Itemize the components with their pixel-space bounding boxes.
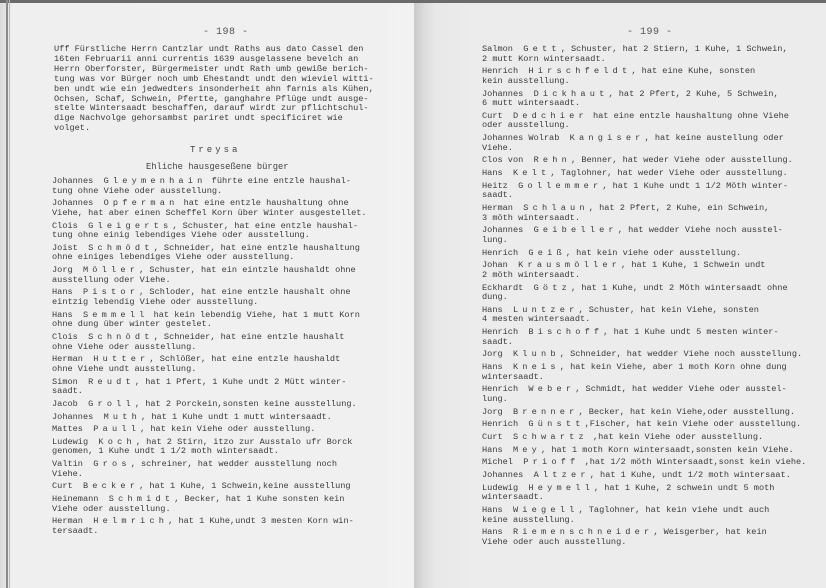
entry-text: , hat 1 Kuhe, undt 1/2 moth wintersaat. bbox=[590, 470, 791, 480]
surname: Klunb bbox=[513, 349, 560, 359]
given-name: Hans bbox=[482, 445, 513, 455]
city-heading: Treysa bbox=[190, 145, 240, 155]
surname: Weber bbox=[528, 384, 575, 394]
entry-text: , hat kein Viehe oder ausstellung. bbox=[140, 424, 315, 434]
list-item: Eckhardt Götz, hat 1 Kuhe, undt 2 Möth w… bbox=[482, 284, 822, 303]
given-name: Johannes bbox=[482, 470, 534, 480]
page-number: - 199 - bbox=[627, 27, 673, 38]
surname: Geibeller bbox=[534, 225, 618, 235]
given-name: Johannes Wolrab bbox=[482, 133, 570, 143]
list-item: Clois Gleigerts, Schuster, hat eine entz… bbox=[52, 222, 402, 241]
given-name: Heitz bbox=[482, 181, 518, 191]
list-item: Hans Riemenschneider, Weisgerber, hat ke… bbox=[482, 528, 822, 547]
surname: Brenner bbox=[513, 407, 579, 417]
right-page: - 199 - Salmon Gett, Schuster, hat 2 Sti… bbox=[414, 3, 826, 588]
given-name: Eckhardt bbox=[482, 283, 534, 293]
surname: Schmödt bbox=[88, 243, 154, 253]
given-name: Johannes bbox=[482, 225, 534, 235]
entry-text: , Benner, hat weder Viehe oder ausstellu… bbox=[571, 155, 793, 165]
given-name: Simon bbox=[52, 377, 88, 387]
surname: Schlaun bbox=[523, 203, 589, 213]
given-name: Ludewig bbox=[482, 483, 528, 493]
list-item: Johannes Opferman hat eine entzle hausha… bbox=[52, 199, 402, 218]
list-item: Johannes Dickhaut, hat 2 Pfert, 2 Kuhe, … bbox=[482, 90, 822, 109]
surname: Gros bbox=[93, 459, 130, 469]
given-name: Mattes bbox=[52, 424, 93, 434]
surname: Gleymenhain bbox=[104, 176, 207, 186]
given-name: Johannes bbox=[52, 198, 104, 208]
given-name: Heinemann bbox=[52, 494, 109, 504]
entry-text: , hat 1 Kuhe undt 1 mutt wintersaadt. bbox=[141, 412, 332, 422]
given-name: Hans bbox=[482, 305, 513, 315]
left-page: - 198 - Uff Fürstliche Herrn Cantzlar un… bbox=[0, 3, 414, 588]
surname: Götz bbox=[534, 283, 571, 293]
surname: Schwartz bbox=[513, 432, 588, 442]
entry-text: ,Fischer, hat kein Viehe oder ausstellun… bbox=[585, 419, 802, 429]
entry-text: , hat 2 Porckein,sonsten keine ausstellu… bbox=[135, 399, 357, 409]
surname: Dickhaut bbox=[534, 89, 609, 99]
list-item: Henrich Hirschfeldt, hat eine Kuhe, sons… bbox=[482, 67, 822, 86]
list-item: Johan Krausmöller, hat 1 Kuhe, 1 Schwein… bbox=[482, 261, 822, 280]
list-item: Valtin Gros, schreiner, hat wedder ausst… bbox=[52, 460, 402, 479]
surname: Hirschfeldt bbox=[528, 66, 631, 76]
list-item: Herman Hutter, Schlößer, hat eine entzle… bbox=[52, 355, 402, 374]
surname: Koch bbox=[98, 437, 135, 447]
surname: Rehn bbox=[534, 155, 571, 165]
given-name: Curt bbox=[52, 481, 83, 491]
given-name: Jorg bbox=[482, 407, 513, 417]
given-name: Curt bbox=[482, 111, 513, 121]
list-item: Johannes Wolrab Kangiser, hat keine aust… bbox=[482, 134, 822, 153]
given-name: Jorg bbox=[52, 265, 83, 275]
entry-text: , hat 1 Kuhe, 1 Schwein,keine ausstellun… bbox=[139, 481, 350, 491]
list-item: Hans Pistor, Schloder, hat eine entzle h… bbox=[52, 288, 402, 307]
list-item: Hans Kneis, hat kein Viehe, aber 1 moth … bbox=[482, 363, 822, 382]
given-name: Michel bbox=[482, 457, 523, 467]
surname: Schnödt bbox=[88, 332, 154, 342]
given-name: Hans bbox=[52, 287, 83, 297]
given-name: Jorg bbox=[482, 349, 513, 359]
list-item: Jacob Groll, hat 2 Porckein,sonsten kein… bbox=[52, 400, 402, 410]
list-item: Herman Schlaun, hat 2 Pfert, 2 Kuhe, ein… bbox=[482, 204, 822, 223]
list-item: Hans Semmell hat kein lebendig Viehe, ha… bbox=[52, 311, 402, 330]
surname: Heymell bbox=[528, 483, 594, 493]
entry-text: , Schneider, hat wedder Viehe noch ausst… bbox=[560, 349, 802, 359]
given-name: Valtin bbox=[52, 459, 93, 469]
given-name: Henrich bbox=[482, 384, 528, 394]
surname: Gollemmer bbox=[518, 181, 602, 191]
surname: Hutter bbox=[93, 354, 149, 364]
given-name: Johannes bbox=[482, 89, 534, 99]
list-item: Curt Schwartz ,hat kein Viehe oder ausst… bbox=[482, 433, 822, 443]
list-item: Simon Reudt, hat 1 Pfert, 1 Kuhe undt 2 … bbox=[52, 378, 402, 397]
surname: Riemenschneider bbox=[513, 527, 653, 537]
given-name: Henrich bbox=[482, 248, 528, 258]
surname: Geiß bbox=[528, 248, 565, 258]
given-name: Clos von bbox=[482, 155, 534, 165]
list-item: Jorg Klunb, Schneider, hat wedder Viehe … bbox=[482, 350, 822, 360]
list-item: Henrich Günstt,Fischer, hat kein Viehe o… bbox=[482, 420, 822, 430]
given-name: Salmon bbox=[482, 44, 523, 54]
surname: Schmidt bbox=[109, 494, 175, 504]
given-name: Herman bbox=[52, 516, 93, 526]
given-name: Curt bbox=[482, 432, 513, 442]
given-name: Clois bbox=[52, 332, 88, 342]
list-item: Henrich Geiß, hat kein viehe oder ausste… bbox=[482, 249, 822, 259]
entry-list: Johannes Gleymenhain führte eine entzle … bbox=[52, 177, 402, 540]
given-name: Herman bbox=[52, 354, 93, 364]
list-item: Henrich Bischoff, hat 1 Kuhe undt 5 mest… bbox=[482, 328, 822, 347]
given-name: Ludewig bbox=[52, 437, 98, 447]
list-item: Heinemann Schmidt, Becker, hat 1 Kuhe so… bbox=[52, 495, 402, 514]
surname: Helmrich bbox=[93, 516, 168, 526]
list-item: Jorg Brenner, Becker, hat kein Viehe,ode… bbox=[482, 408, 822, 418]
list-item: Clos von Rehn, Benner, hat weder Viehe o… bbox=[482, 156, 822, 166]
list-item: Salmon Gett, Schuster, hat 2 Stiern, 1 K… bbox=[482, 45, 822, 64]
list-item: Curt Dedchier hat eine entzle haushaltun… bbox=[482, 112, 822, 131]
given-name: Henrich bbox=[482, 66, 528, 76]
surname: Kangiser bbox=[570, 133, 645, 143]
surname: Krausmöller bbox=[518, 260, 621, 270]
entry-text: ,hat kein Viehe oder ausstellung. bbox=[588, 432, 763, 442]
list-item: Hans Luntzer, Schuster, hat kein Viehe, … bbox=[482, 306, 822, 325]
given-name: Hans bbox=[482, 362, 513, 372]
entry-text: , Becker, hat kein Viehe,oder ausstellun… bbox=[578, 407, 795, 417]
intro-paragraph: Uff Fürstliche Herrn Cantzlar undt Raths… bbox=[54, 45, 394, 134]
list-item: Johannes Altzer, hat 1 Kuhe, undt 1/2 mo… bbox=[482, 471, 822, 481]
given-name: Johan bbox=[482, 260, 518, 270]
given-name: Joist bbox=[52, 243, 88, 253]
list-item: Michel Prioff ,hat 1/2 möth Wintersaadt,… bbox=[482, 458, 822, 468]
surname: Muth bbox=[104, 412, 141, 422]
list-item: Hans Wiegell, Taglohner, hat kein viehe … bbox=[482, 506, 822, 525]
surname: Paull bbox=[93, 424, 140, 434]
list-item: Johannes Geibeller, hat wedder Viehe noc… bbox=[482, 226, 822, 245]
surname: Opferman bbox=[104, 198, 179, 208]
book-edge bbox=[6, 0, 8, 588]
list-item: Mattes Paull, hat kein Viehe oder ausste… bbox=[52, 425, 402, 435]
surname: Prioff bbox=[523, 457, 579, 467]
given-name: Jacob bbox=[52, 399, 88, 409]
surname: Wiegell bbox=[513, 505, 579, 515]
section-subtitle: Ehliche hausgeseßene bürger bbox=[146, 162, 289, 172]
list-item: Henrich Weber, Schmidt, hat wedder Viehe… bbox=[482, 385, 822, 404]
list-item: Jorg Möller, Schuster, hat ein eintzle h… bbox=[52, 266, 402, 285]
given-name: Hans bbox=[482, 527, 513, 537]
list-item: Ludewig Heymell, hat 1 Kuhe, 2 schwein u… bbox=[482, 484, 822, 503]
given-name: Herman bbox=[482, 203, 523, 213]
given-name: Hans bbox=[52, 310, 83, 320]
book-edge-shadow bbox=[9, 0, 10, 588]
surname: Bischoff bbox=[528, 327, 603, 337]
list-item: Curt Becker, hat 1 Kuhe, 1 Schwein,keine… bbox=[52, 482, 402, 492]
surname: Luntzer bbox=[513, 305, 579, 315]
list-item: Clois Schnödt, Schneider, hat eine entzl… bbox=[52, 333, 402, 352]
surname: Gleigerts bbox=[88, 221, 172, 231]
entry-text: , Taglohner, hat weder Viehe oder ausste… bbox=[550, 168, 787, 178]
given-name: Johannes bbox=[52, 412, 104, 422]
surname: Kneis bbox=[513, 362, 560, 372]
surname: Kelt bbox=[513, 168, 550, 178]
surname: Reudt bbox=[88, 377, 135, 387]
list-item: Ludewig Koch, hat 2 Stirn, itzo zur Auss… bbox=[52, 438, 402, 457]
list-item: Herman Helmrich, hat 1 Kuhe,undt 3 meste… bbox=[52, 517, 402, 536]
surname: Groll bbox=[88, 399, 135, 409]
surname: Pistor bbox=[83, 287, 139, 297]
list-item: Hans Kelt, Taglohner, hat weder Viehe od… bbox=[482, 169, 822, 179]
entry-text: , hat 1 moth Korn wintersaadt,sonsten ke… bbox=[541, 445, 794, 455]
given-name: Henrich bbox=[482, 419, 528, 429]
entry-text: ,hat 1/2 möth Wintersaadt,sonst kein vie… bbox=[579, 457, 806, 467]
surname: Becker bbox=[83, 481, 139, 491]
given-name: Hans bbox=[482, 168, 513, 178]
surname: Gett bbox=[523, 44, 560, 54]
given-name: Henrich bbox=[482, 327, 528, 337]
surname: Möller bbox=[83, 265, 139, 275]
surname: Dedchier bbox=[513, 111, 588, 121]
surname: Semmell bbox=[83, 310, 149, 320]
entry-list: Salmon Gett, Schuster, hat 2 Stiern, 1 K… bbox=[482, 45, 822, 551]
surname: Altzer bbox=[534, 470, 590, 480]
given-name: Clois bbox=[52, 221, 88, 231]
list-item: Heitz Gollemmer, hat 1 Kuhe undt 1 1/2 M… bbox=[482, 182, 822, 201]
surname: Mey bbox=[513, 445, 541, 455]
list-item: Johannes Muth, hat 1 Kuhe undt 1 mutt wi… bbox=[52, 413, 402, 423]
surname: Günstt bbox=[528, 419, 584, 429]
page-number: - 198 - bbox=[203, 27, 249, 38]
list-item: Johannes Gleymenhain führte eine entzle … bbox=[52, 177, 402, 196]
entry-text: , hat kein viehe oder ausstellung. bbox=[566, 248, 741, 258]
given-name: Hans bbox=[482, 505, 513, 515]
given-name: Johannes bbox=[52, 176, 104, 186]
list-item: Joist Schmödt, Schneider, hat eine entzl… bbox=[52, 244, 402, 263]
list-item: Hans Mey, hat 1 moth Korn wintersaadt,so… bbox=[482, 446, 822, 456]
